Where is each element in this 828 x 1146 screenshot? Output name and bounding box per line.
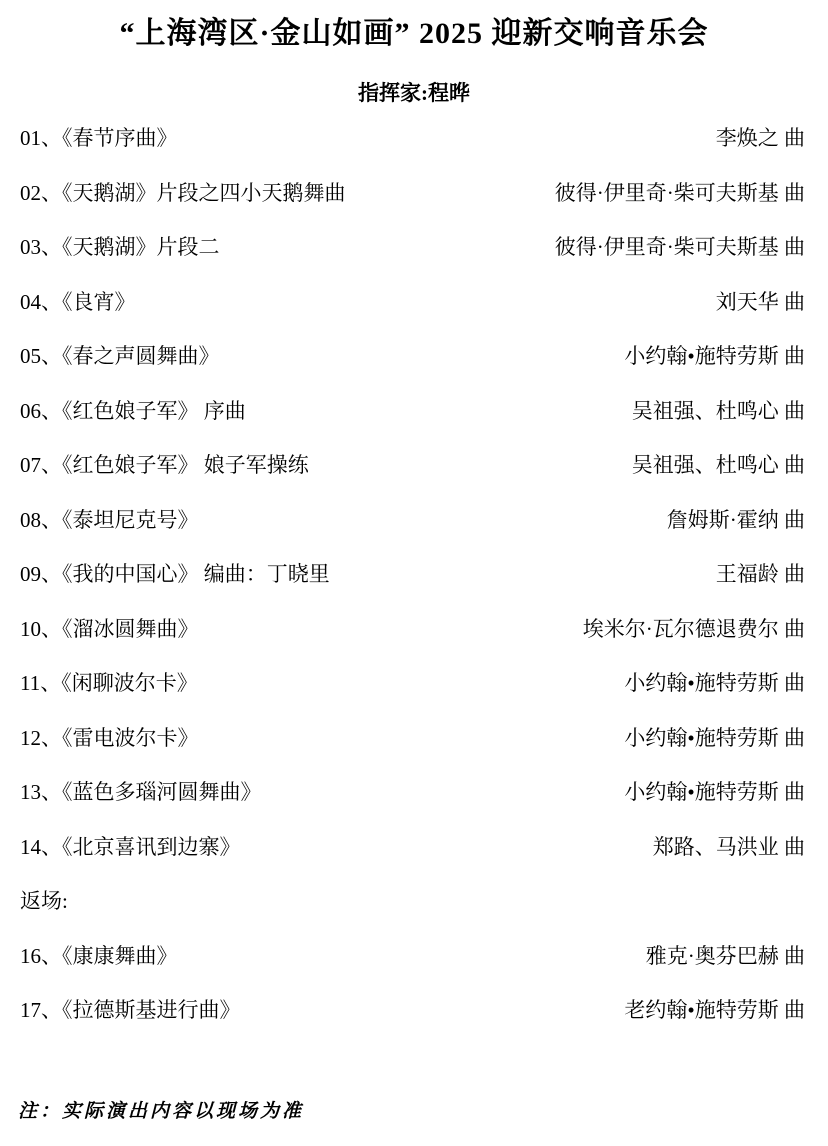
piece-title: 03、《天鹅湖》片段二 bbox=[20, 234, 220, 260]
program-row: 10、《溜冰圆舞曲》 埃米尔·瓦尔德退费尔 曲 bbox=[20, 616, 805, 671]
piece-composer: 小约翰•施特劳斯 曲 bbox=[624, 725, 805, 751]
piece-composer: 小约翰•施特劳斯 曲 bbox=[624, 343, 805, 369]
piece-title: 02、《天鹅湖》片段之四小天鹅舞曲 bbox=[20, 180, 346, 206]
piece-composer: 小约翰•施特劳斯 曲 bbox=[624, 779, 805, 805]
program-row: 16、《康康舞曲》 雅克·奥芬巴赫 曲 bbox=[20, 943, 805, 998]
piece-title: 05、《春之声圆舞曲》 bbox=[20, 343, 220, 369]
piece-composer: 吴祖强、杜鸣心 曲 bbox=[632, 452, 805, 478]
piece-composer: 吴祖强、杜鸣心 曲 bbox=[632, 398, 805, 424]
piece-title: 14、《北京喜讯到边寨》 bbox=[20, 834, 241, 860]
program-list: 01、《春节序曲》 李焕之 曲 02、《天鹅湖》片段之四小天鹅舞曲 彼得·伊里奇… bbox=[0, 125, 828, 1052]
program-row: 02、《天鹅湖》片段之四小天鹅舞曲 彼得·伊里奇·柴可夫斯基 曲 bbox=[20, 180, 805, 235]
page-title: “上海湾区·金山如画” 2025 迎新交响音乐会 bbox=[0, 14, 828, 54]
program-row: 03、《天鹅湖》片段二 彼得·伊里奇·柴可夫斯基 曲 bbox=[20, 234, 805, 289]
piece-title: 08、《泰坦尼克号》 bbox=[20, 507, 199, 533]
program-row: 08、《泰坦尼克号》 詹姆斯·霍纳 曲 bbox=[20, 507, 805, 562]
piece-title: 07、《红色娘子军》 娘子军操练 bbox=[20, 452, 309, 478]
piece-composer: 刘天华 曲 bbox=[716, 289, 805, 315]
program-row: 13、《蓝色多瑙河圆舞曲》 小约翰•施特劳斯 曲 bbox=[20, 779, 805, 834]
program-row: 05、《春之声圆舞曲》 小约翰•施特劳斯 曲 bbox=[20, 343, 805, 398]
piece-composer: 王福龄 曲 bbox=[716, 561, 805, 587]
piece-title: 04、《良宵》 bbox=[20, 289, 136, 315]
piece-composer: 雅克·奥芬巴赫 曲 bbox=[646, 943, 805, 969]
piece-title: 09、《我的中国心》 编曲：丁晓里 bbox=[20, 561, 330, 587]
piece-title: 返场: bbox=[20, 888, 68, 914]
conductor-line: 指挥家:程晔 bbox=[0, 79, 828, 107]
program-row: 返场: bbox=[20, 888, 805, 943]
program-row: 12、《雷电波尔卡》 小约翰•施特劳斯 曲 bbox=[20, 725, 805, 780]
concert-program-page: “上海湾区·金山如画” 2025 迎新交响音乐会 指挥家:程晔 01、《春节序曲… bbox=[0, 0, 828, 1146]
piece-composer: 郑路、马洪业 曲 bbox=[653, 834, 805, 860]
footer-note: 注：实际演出内容以现场为准 bbox=[18, 1096, 304, 1123]
piece-composer: 詹姆斯·霍纳 曲 bbox=[667, 507, 805, 533]
piece-composer: 老约翰•施特劳斯 曲 bbox=[624, 997, 805, 1023]
program-row: 07、《红色娘子军》 娘子军操练 吴祖强、杜鸣心 曲 bbox=[20, 452, 805, 507]
piece-title: 11、《闲聊波尔卡》 bbox=[20, 670, 198, 696]
piece-title: 12、《雷电波尔卡》 bbox=[20, 725, 199, 751]
program-row: 09、《我的中国心》 编曲：丁晓里 王福龄 曲 bbox=[20, 561, 805, 616]
piece-title: 10、《溜冰圆舞曲》 bbox=[20, 616, 199, 642]
piece-composer: 彼得·伊里奇·柴可夫斯基 曲 bbox=[555, 234, 805, 260]
piece-composer: 彼得·伊里奇·柴可夫斯基 曲 bbox=[555, 180, 805, 206]
piece-title: 06、《红色娘子军》 序曲 bbox=[20, 398, 246, 424]
program-row: 17、《拉德斯基进行曲》 老约翰•施特劳斯 曲 bbox=[20, 997, 805, 1052]
piece-title: 17、《拉德斯基进行曲》 bbox=[20, 997, 241, 1023]
program-row: 04、《良宵》 刘天华 曲 bbox=[20, 289, 805, 344]
piece-title: 16、《康康舞曲》 bbox=[20, 943, 178, 969]
piece-composer: 小约翰•施特劳斯 曲 bbox=[624, 670, 805, 696]
program-row: 11、《闲聊波尔卡》 小约翰•施特劳斯 曲 bbox=[20, 670, 805, 725]
piece-title: 01、《春节序曲》 bbox=[20, 125, 178, 151]
program-row: 01、《春节序曲》 李焕之 曲 bbox=[20, 125, 805, 180]
piece-composer: 埃米尔·瓦尔德退费尔 曲 bbox=[583, 616, 805, 642]
piece-composer: 李焕之 曲 bbox=[716, 125, 805, 151]
program-row: 14、《北京喜讯到边寨》 郑路、马洪业 曲 bbox=[20, 834, 805, 889]
piece-title: 13、《蓝色多瑙河圆舞曲》 bbox=[20, 779, 262, 805]
program-row: 06、《红色娘子军》 序曲 吴祖强、杜鸣心 曲 bbox=[20, 398, 805, 453]
